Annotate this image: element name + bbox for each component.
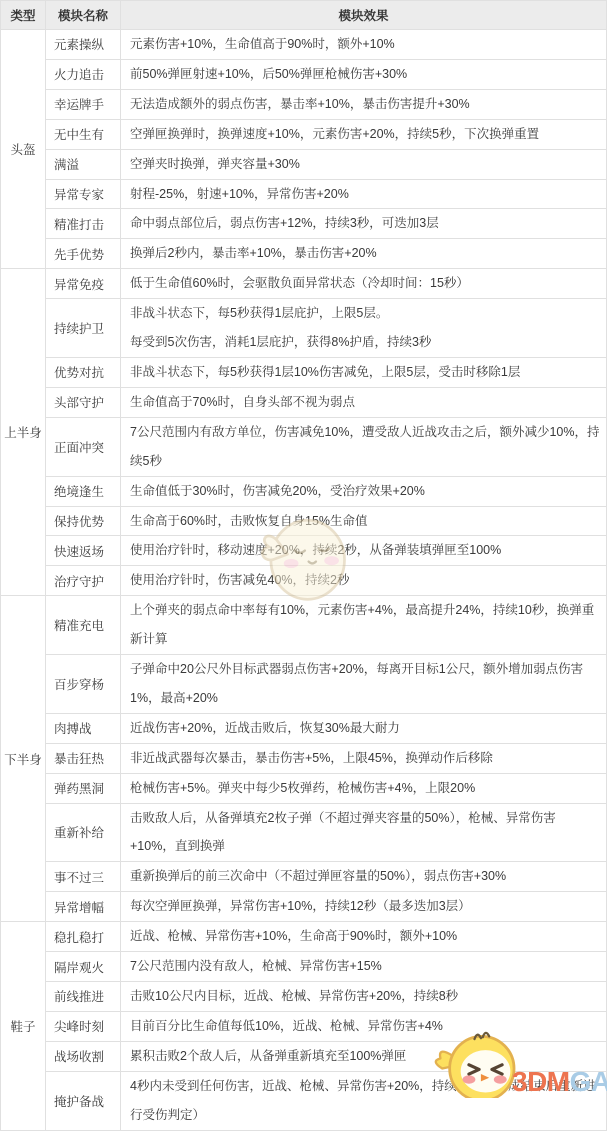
module-effect-table-page: 类型 模块名称 模块效果 头盔元素操纵元素伤害+10%，生命值高于90%时，额外… xyxy=(0,0,607,1131)
module-effect-cell: 无法造成额外的弱点伤害，暴击率+10%，暴击伤害提升+30% xyxy=(121,89,607,119)
module-name-cell: 头部守护 xyxy=(46,387,121,417)
module-row: 鞋子稳扎稳打近战、枪械、异常伤害+10%，生命高于90%时，额外+10% xyxy=(1,922,607,952)
module-name-cell: 元素操纵 xyxy=(46,30,121,60)
module-effect-cell: 前50%弹匣射速+10%，后50%弹匣枪械伤害+30% xyxy=(121,59,607,89)
module-effect-cell: 击败10公尺内目标，近战、枪械、异常伤害+20%，持续8秒 xyxy=(121,982,607,1012)
module-type-cell: 鞋子 xyxy=(1,922,46,1130)
module-name-cell: 火力追击 xyxy=(46,59,121,89)
module-name-cell: 异常增幅 xyxy=(46,892,121,922)
module-row: 头部守护生命值高于70%时，自身头部不视为弱点 xyxy=(1,387,607,417)
module-name-cell: 精准打击 xyxy=(46,209,121,239)
module-name-cell: 无中生有 xyxy=(46,119,121,149)
module-row: 尖峰时刻目前百分比生命值每低10%，近战、枪械、异常伤害+4% xyxy=(1,1011,607,1041)
module-effect-cell: 累积击败2个敌人后，从备弹重新填充至100%弹匣 xyxy=(121,1041,607,1071)
module-name-cell: 正面冲突 xyxy=(46,417,121,476)
module-name-cell: 保持优势 xyxy=(46,506,121,536)
module-name-cell: 幸运牌手 xyxy=(46,89,121,119)
module-name-cell: 重新补给 xyxy=(46,803,121,862)
module-row: 异常专家射程-25%，射速+10%，异常伤害+20% xyxy=(1,179,607,209)
module-effect-cell: 近战、枪械、异常伤害+10%，生命高于90%时，额外+10% xyxy=(121,922,607,952)
module-effect-cell: 元素伤害+10%，生命值高于90%时，额外+10% xyxy=(121,30,607,60)
module-type-cell: 下半身 xyxy=(1,596,46,922)
module-row: 火力追击前50%弹匣射速+10%，后50%弹匣枪械伤害+30% xyxy=(1,59,607,89)
module-row: 上半身异常免疫低于生命值60%时，会驱散负面异常状态（冷却时间：15秒） xyxy=(1,269,607,299)
module-name-cell: 暴击狂热 xyxy=(46,743,121,773)
module-row: 满溢空弹夹时换弹，弹夹容量+30% xyxy=(1,149,607,179)
module-effect-cell: 生命值高于70%时，自身头部不视为弱点 xyxy=(121,387,607,417)
module-effect-cell: 使用治疗针时，伤害减免40%，持续2秒 xyxy=(121,566,607,596)
module-row: 优势对抗非战斗状态下，每5秒获得1层10%伤害减免，上限5层，受击时移除1层 xyxy=(1,357,607,387)
table-header-row: 类型 模块名称 模块效果 xyxy=(1,1,607,30)
module-name-cell: 战场收割 xyxy=(46,1041,121,1071)
module-name-cell: 绝境逢生 xyxy=(46,476,121,506)
module-row: 重新补给击败敌人后，从备弹填充2枚子弹（不超过弹夹容量的50%），枪械、异常伤害… xyxy=(1,803,607,862)
module-row: 暴击狂热非近战武器每次暴击，暴击伤害+5%，上限45%，换弹动作后移除 xyxy=(1,743,607,773)
module-row: 战场收割累积击败2个敌人后，从备弹重新填充至100%弹匣 xyxy=(1,1041,607,1071)
module-name-cell: 精准充电 xyxy=(46,596,121,655)
module-row: 异常增幅每次空弹匣换弹，异常伤害+10%，持续12秒（最多迭加3层） xyxy=(1,892,607,922)
module-effect-cell: 空弹夹时换弹，弹夹容量+30% xyxy=(121,149,607,179)
module-effect-cell: 上个弹夹的弱点命中率每有10%，元素伤害+4%，最高提升24%，持续10秒，换弹… xyxy=(121,596,607,655)
module-name-cell: 优势对抗 xyxy=(46,357,121,387)
module-row: 头盔元素操纵元素伤害+10%，生命值高于90%时，额外+10% xyxy=(1,30,607,60)
module-effect-cell: 近战伤害+20%，近战击败后，恢复30%最大耐力 xyxy=(121,713,607,743)
module-effect-cell: 空弹匣换弹时，换弹速度+10%，元素伤害+20%，持续5秒，下次换弹重置 xyxy=(121,119,607,149)
module-name-cell: 隔岸观火 xyxy=(46,952,121,982)
module-effect-cell: 低于生命值60%时，会驱散负面异常状态（冷却时间：15秒） xyxy=(121,269,607,299)
module-effect-cell: 非近战武器每次暴击，暴击伤害+5%，上限45%，换弹动作后移除 xyxy=(121,743,607,773)
module-effect-cell: 生命高于60%时，击败恢复自身15%生命值 xyxy=(121,506,607,536)
module-effect-cell: 击败敌人后，从备弹填充2枚子弹（不超过弹夹容量的50%），枪械、异常伤害+10%… xyxy=(121,803,607,862)
module-row: 快速返场使用治疗针时，移动速度+20%，持续2秒，从备弹装填弹匣至100% xyxy=(1,536,607,566)
module-effect-cell: 生命值低于30%时，伤害减免20%，受治疗效果+20% xyxy=(121,476,607,506)
module-name-cell: 治疗守护 xyxy=(46,566,121,596)
module-row: 先手优势换弹后2秒内，暴击率+10%，暴击伤害+20% xyxy=(1,239,607,269)
module-effect-cell: 子弹命中20公尺外目标武器弱点伤害+20%，每离开目标1公尺，额外增加弱点伤害1… xyxy=(121,655,607,714)
module-name-cell: 持续护卫 xyxy=(46,299,121,358)
module-row: 持续护卫非战斗状态下，每5秒获得1层庇护，上限5层。 每受到5次伤害，消耗1层庇… xyxy=(1,299,607,358)
module-name-cell: 肉搏战 xyxy=(46,713,121,743)
module-effect-cell: 枪械伤害+5%。弹夹中每少5枚弹药，枪械伤害+4%，上限20% xyxy=(121,773,607,803)
module-row: 掩护备战4秒内未受到任何伤害，近战、枪械、异常伤害+20%，持续30秒（加成结束… xyxy=(1,1071,607,1130)
module-name-cell: 异常免疫 xyxy=(46,269,121,299)
module-name-cell: 异常专家 xyxy=(46,179,121,209)
module-row: 治疗守护使用治疗针时，伤害减免40%，持续2秒 xyxy=(1,566,607,596)
module-effect-cell: 7公尺范围内没有敌人，枪械、异常伤害+15% xyxy=(121,952,607,982)
module-row: 弹药黑洞枪械伤害+5%。弹夹中每少5枚弹药，枪械伤害+4%，上限20% xyxy=(1,773,607,803)
module-row: 肉搏战近战伤害+20%，近战击败后，恢复30%最大耐力 xyxy=(1,713,607,743)
module-name-cell: 满溢 xyxy=(46,149,121,179)
module-effect-cell: 4秒内未受到任何伤害，近战、枪械、异常伤害+20%，持续30秒（加成结束后重新进… xyxy=(121,1071,607,1130)
module-effect-cell: 命中弱点部位后，弱点伤害+12%，持续3秒，可迭加3层 xyxy=(121,209,607,239)
module-row: 正面冲突7公尺范围内有敌方单位，伤害减免10%，遭受敌人近战攻击之后，额外减少1… xyxy=(1,417,607,476)
module-effect-cell: 每次空弹匣换弹，异常伤害+10%，持续12秒（最多迭加3层） xyxy=(121,892,607,922)
column-header-type: 类型 xyxy=(1,1,46,30)
module-effect-cell: 射程-25%，射速+10%，异常伤害+20% xyxy=(121,179,607,209)
module-name-cell: 尖峰时刻 xyxy=(46,1011,121,1041)
module-name-cell: 事不过三 xyxy=(46,862,121,892)
module-effect-cell: 换弹后2秒内，暴击率+10%，暴击伤害+20% xyxy=(121,239,607,269)
module-effect-cell: 7公尺范围内有敌方单位，伤害减免10%，遭受敌人近战攻击之后，额外减少10%，持… xyxy=(121,417,607,476)
module-row: 保持优势生命高于60%时，击败恢复自身15%生命值 xyxy=(1,506,607,536)
module-effect-cell: 非战斗状态下，每5秒获得1层庇护，上限5层。 每受到5次伤害，消耗1层庇护，获得… xyxy=(121,299,607,358)
module-name-cell: 稳扎稳打 xyxy=(46,922,121,952)
module-type-cell: 头盔 xyxy=(1,30,46,269)
column-header-module-name: 模块名称 xyxy=(46,1,121,30)
module-type-cell: 上半身 xyxy=(1,269,46,596)
module-row: 下半身精准充电上个弹夹的弱点命中率每有10%，元素伤害+4%，最高提升24%，持… xyxy=(1,596,607,655)
module-row: 精准打击命中弱点部位后，弱点伤害+12%，持续3秒，可迭加3层 xyxy=(1,209,607,239)
module-row: 前线推进击败10公尺内目标，近战、枪械、异常伤害+20%，持续8秒 xyxy=(1,982,607,1012)
module-row: 百步穿杨子弹命中20公尺外目标武器弱点伤害+20%，每离开目标1公尺，额外增加弱… xyxy=(1,655,607,714)
module-row: 幸运牌手无法造成额外的弱点伤害，暴击率+10%，暴击伤害提升+30% xyxy=(1,89,607,119)
module-table: 类型 模块名称 模块效果 头盔元素操纵元素伤害+10%，生命值高于90%时，额外… xyxy=(0,0,607,1131)
module-effect-cell: 非战斗状态下，每5秒获得1层10%伤害减免，上限5层，受击时移除1层 xyxy=(121,357,607,387)
module-name-cell: 掩护备战 xyxy=(46,1071,121,1130)
module-name-cell: 前线推进 xyxy=(46,982,121,1012)
module-name-cell: 先手优势 xyxy=(46,239,121,269)
module-name-cell: 百步穿杨 xyxy=(46,655,121,714)
module-name-cell: 弹药黑洞 xyxy=(46,773,121,803)
module-row: 隔岸观火7公尺范围内没有敌人，枪械、异常伤害+15% xyxy=(1,952,607,982)
module-row: 绝境逢生生命值低于30%时，伤害减免20%，受治疗效果+20% xyxy=(1,476,607,506)
module-row: 事不过三重新换弹后的前三次命中（不超过弹匣容量的50%），弱点伤害+30% xyxy=(1,862,607,892)
module-effect-cell: 目前百分比生命值每低10%，近战、枪械、异常伤害+4% xyxy=(121,1011,607,1041)
module-row: 无中生有空弹匣换弹时，换弹速度+10%，元素伤害+20%，持续5秒，下次换弹重置 xyxy=(1,119,607,149)
column-header-module-effect: 模块效果 xyxy=(121,1,607,30)
module-name-cell: 快速返场 xyxy=(46,536,121,566)
module-effect-cell: 重新换弹后的前三次命中（不超过弹匣容量的50%），弱点伤害+30% xyxy=(121,862,607,892)
module-effect-cell: 使用治疗针时，移动速度+20%，持续2秒，从备弹装填弹匣至100% xyxy=(121,536,607,566)
